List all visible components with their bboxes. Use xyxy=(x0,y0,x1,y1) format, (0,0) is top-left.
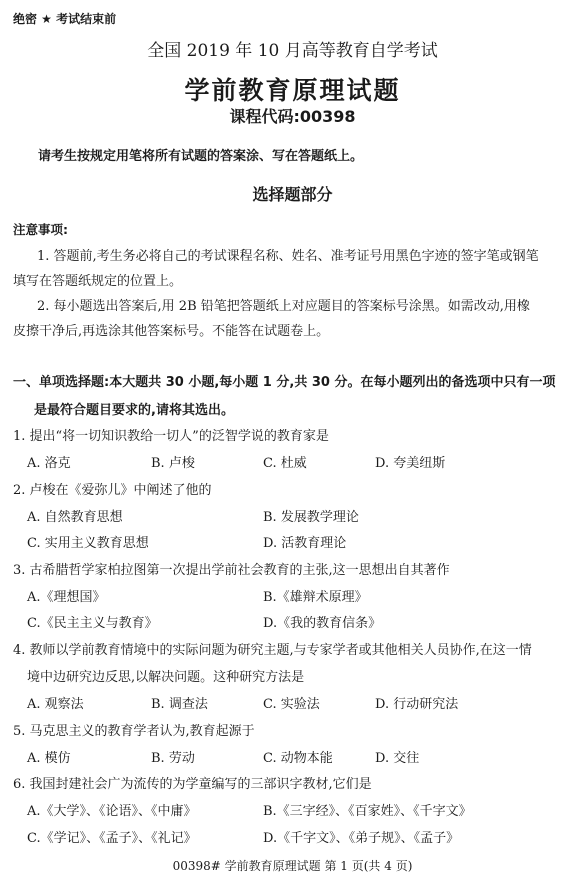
question-2-option-c: C. 实用主义教育思想 xyxy=(27,532,149,551)
question-4-stem-line-2: 境中边研究边反思,以解决问题。这种研究方法是 xyxy=(27,666,304,685)
question-2-option-b: B. 发展教学理论 xyxy=(263,506,359,525)
question-1-option-c: C. 杜威 xyxy=(263,452,307,471)
note-2-line-2: 皮擦干净后,再选涂其他答案标号。不能答在试题卷上。 xyxy=(13,320,329,339)
question-2-option-a: A. 自然教育思想 xyxy=(27,506,123,525)
question-6-option-a: A.《大学》、《论语》、《中庸》 xyxy=(27,800,197,819)
exam-session-line: 全国 2019 年 10 月高等教育自学考试 xyxy=(0,36,585,61)
question-3-option-c: C.《民主主义与教育》 xyxy=(27,612,158,631)
question-5-option-d: D. 交往 xyxy=(375,747,419,766)
part1-instruction-line-2: 是最符合题目要求的,请将其选出。 xyxy=(34,399,234,418)
question-5-option-a: A. 模仿 xyxy=(27,747,71,766)
notes-heading: 注意事项: xyxy=(13,220,68,238)
question-6-option-b: B.《三字经》、《百家姓》、《千字文》 xyxy=(263,800,472,819)
question-4-stem: 4. 教师以学前教育情境中的实际问题为研究主题,与专家学者或其他相关人员协作,在… xyxy=(13,639,532,658)
question-5-stem: 5. 马克思主义的教育学者认为,教育起源于 xyxy=(13,720,255,739)
question-5-option-c: C. 动物本能 xyxy=(263,747,333,766)
part1-instruction-line-1: 一、单项选择题:本大题共 30 小题,每小题 1 分,共 30 分。在每小题列出… xyxy=(13,371,555,390)
question-3-option-a: A.《理想国》 xyxy=(27,586,106,605)
note-2-line-1: 2. 每小题选出答案后,用 2B 铅笔把答题纸上对应题目的答案标号涂黑。如需改动… xyxy=(37,295,530,314)
note-1-line-1: 1. 答题前,考生务必将自己的考试课程名称、姓名、准考证号用黑色字迹的签字笔或钢… xyxy=(37,245,539,264)
question-6-option-d: D.《千字文》、《弟子规》、《孟子》 xyxy=(263,827,459,846)
section-title: 选择题部分 xyxy=(0,182,585,205)
question-1-option-d: D. 夸美纽斯 xyxy=(375,452,445,471)
question-6-option-c: C.《学记》、《孟子》、《礼记》 xyxy=(27,827,197,846)
question-6-stem: 6. 我国封建社会广为流传的为学童编写的三部识字教材,它们是 xyxy=(13,773,372,792)
page-title: 学前教育原理试题 xyxy=(0,71,585,107)
question-4-option-c: C. 实验法 xyxy=(263,693,320,712)
question-4-option-d: D. 行动研究法 xyxy=(375,693,458,712)
page-footer: 00398# 学前教育原理试题 第 1 页(共 4 页) xyxy=(0,857,585,874)
question-1-stem: 1. 提出“将一切知识教给一切人”的泛智学说的教育家是 xyxy=(13,425,329,444)
question-2-stem: 2. 卢梭在《爱弥儿》中阐述了他的 xyxy=(13,479,212,498)
question-5-option-b: B. 劳动 xyxy=(151,747,195,766)
confidential-label: 绝密 ★ 考试结束前 xyxy=(13,10,116,27)
course-code: 课程代码:00398 xyxy=(0,104,585,127)
question-4-option-b: B. 调查法 xyxy=(151,693,208,712)
question-3-option-b: B.《雄辩术原理》 xyxy=(263,586,368,605)
question-3-stem: 3. 古希腊哲学家柏拉图第一次提出学前社会教育的主张,这一思想出自其著作 xyxy=(13,559,450,578)
note-1-line-2: 填写在答题纸规定的位置上。 xyxy=(13,270,182,289)
answer-notice: 请考生按规定用笔将所有试题的答案涂、写在答题纸上。 xyxy=(38,145,363,164)
question-4-option-a: A. 观察法 xyxy=(27,693,84,712)
question-3-option-d: D.《我的教育信条》 xyxy=(263,612,381,631)
question-1-option-b: B. 卢梭 xyxy=(151,452,195,471)
question-2-option-d: D. 活教育理论 xyxy=(263,532,346,551)
question-1-option-a: A. 洛克 xyxy=(27,452,71,471)
